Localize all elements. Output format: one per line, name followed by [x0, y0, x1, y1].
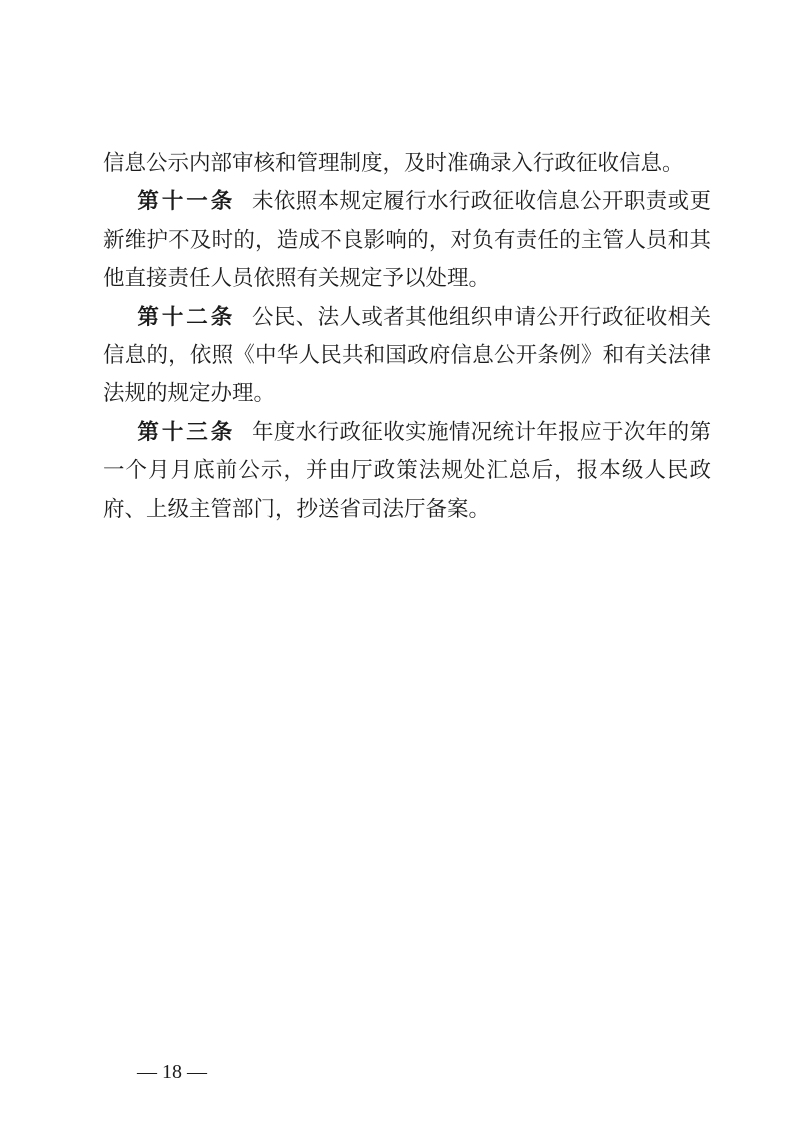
paragraph-article-13: 第十三条年度水行政征收实施情况统计年报应于次年的第一个月月底前公示，并由厅政策法…	[103, 413, 711, 528]
paragraph-continuation: 信息公示内部审核和管理制度，及时准确录入行政征收信息。	[103, 144, 711, 182]
paragraph-article-12: 第十二条公民、法人或者其他组织申请公开行政征收相关信息的，依照《中华人民共和国政…	[103, 298, 711, 413]
document-page: 信息公示内部审核和管理制度，及时准确录入行政征收信息。 第十一条未依照本规定履行…	[0, 0, 800, 1132]
document-body: 信息公示内部审核和管理制度，及时准确录入行政征收信息。 第十一条未依照本规定履行…	[103, 144, 711, 528]
page-number: — 18 —	[137, 1061, 207, 1083]
page-footer: — 18 —	[117, 1038, 207, 1107]
paragraph-text: 信息公示内部审核和管理制度，及时准确录入行政征收信息。	[103, 151, 684, 175]
paragraph-article-11: 第十一条未依照本规定履行水行政征收信息公开职责或更新维护不及时的，造成不良影响的…	[103, 182, 711, 297]
article-number: 第十三条	[137, 420, 235, 444]
article-number: 第十一条	[137, 189, 235, 213]
article-number: 第十二条	[137, 305, 235, 329]
